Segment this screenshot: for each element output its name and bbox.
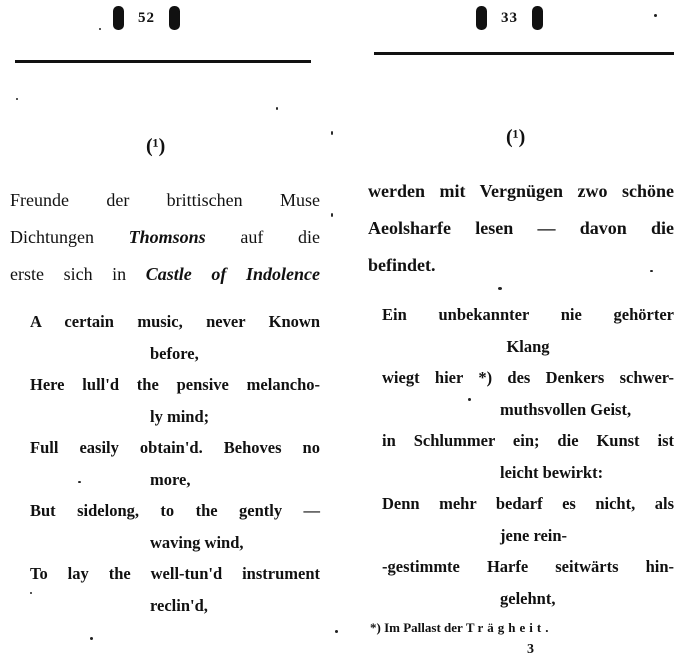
- verse-line: Klang: [382, 331, 674, 363]
- right-page: 33 (¹) werden mit Vergnügen zwo schöne A…: [346, 0, 692, 667]
- ornament-icon: [532, 6, 543, 30]
- prose-text: erste sich in: [10, 264, 126, 284]
- prose-text: Dichtungen: [10, 227, 94, 247]
- page-number: 33: [501, 10, 518, 27]
- prose-italic-text: Thomsons: [129, 227, 206, 247]
- scan-speck: [16, 98, 18, 100]
- verse-line: Ein unbekannter nie gehörter: [382, 299, 674, 331]
- verse-line: wiegt hier *) des Denkers schwer-: [382, 362, 674, 394]
- header-rule: [374, 52, 674, 55]
- prose-italic-text: Castle of Indolence: [146, 264, 320, 284]
- prose-line: Freunde der brittischen Muse: [10, 182, 320, 219]
- scan-speck: [650, 270, 653, 272]
- prose-line: Aeolsharfe lesen — davon die: [368, 210, 674, 247]
- verse-line: Denn mehr bedarf es nicht, als: [382, 488, 674, 520]
- prose-line: erste sich in Castle of Indolence: [10, 256, 320, 293]
- scan-speck: [78, 481, 81, 483]
- footnote-marker: (¹): [506, 126, 525, 149]
- verse-line: leicht bewirkt:: [382, 457, 674, 489]
- prose-text: auf die: [240, 227, 320, 247]
- ornament-icon: [113, 6, 124, 30]
- verse-block: Ein unbekannter nie gehörter Klang wiegt…: [382, 299, 674, 614]
- prose-paragraph: Freunde der brittischen Muse Dichtungen …: [10, 182, 320, 293]
- verse-line: muthsvollen Geist,: [382, 394, 674, 426]
- verse-line: But sidelong, to the gently —: [30, 495, 320, 527]
- scan-speck: [99, 28, 101, 30]
- footnote: *) Im Pallast der Trägheit.: [370, 620, 553, 636]
- header-rule: [15, 60, 311, 63]
- verse-line: ly mind;: [30, 401, 320, 433]
- verse-line: before,: [30, 338, 320, 370]
- scan-speck: [498, 287, 502, 290]
- scan-speck: [331, 131, 333, 135]
- verse-line: gelehnt,: [382, 583, 674, 615]
- page-number: 52: [138, 10, 155, 27]
- verse-line: in Schlummer ein; die Kunst ist: [382, 425, 674, 457]
- left-page: 52 (¹) Freunde der brittischen Muse Dich…: [0, 0, 346, 667]
- scan-speck: [654, 14, 657, 17]
- signature-mark: 3: [527, 642, 534, 658]
- footnote-marker: *): [370, 620, 381, 635]
- verse-block: A certain music, never Known before, Her…: [30, 306, 320, 621]
- prose-line: Dichtungen Thomsons auf die: [10, 219, 320, 256]
- scan-speck: [331, 213, 333, 217]
- scan-speck: [335, 630, 338, 633]
- scan-speck: [276, 107, 278, 110]
- verse-line: waving wind,: [30, 527, 320, 559]
- verse-line: Here lull'd the pensive melancho-: [30, 369, 320, 401]
- footnote-text: Im Pallast der: [384, 620, 462, 635]
- scan-speck: [30, 592, 32, 594]
- verse-line: jene rein-: [382, 520, 674, 552]
- prose-paragraph: werden mit Vergnügen zwo schöne Aeolshar…: [368, 173, 674, 284]
- footnote-emphasis: Trägheit.: [466, 620, 553, 635]
- verse-line: A certain music, never Known: [30, 306, 320, 338]
- prose-line: befindet.: [368, 247, 674, 284]
- ornament-icon: [169, 6, 180, 30]
- footnote-marker: (¹): [146, 135, 165, 158]
- left-page-header: 52: [113, 6, 180, 30]
- verse-line: more,: [30, 464, 320, 496]
- verse-line: reclin'd,: [30, 590, 320, 622]
- ornament-icon: [476, 6, 487, 30]
- scan-speck: [468, 398, 471, 401]
- verse-line: Full easily obtain'd. Behoves no: [30, 432, 320, 464]
- right-page-header: 33: [476, 6, 543, 30]
- verse-line: To lay the well-tun'd instrument: [30, 558, 320, 590]
- prose-line: werden mit Vergnügen zwo schöne: [368, 173, 674, 210]
- scan-speck: [90, 637, 93, 640]
- verse-line: -gestimmte Harfe seitwärts hin-: [382, 551, 674, 583]
